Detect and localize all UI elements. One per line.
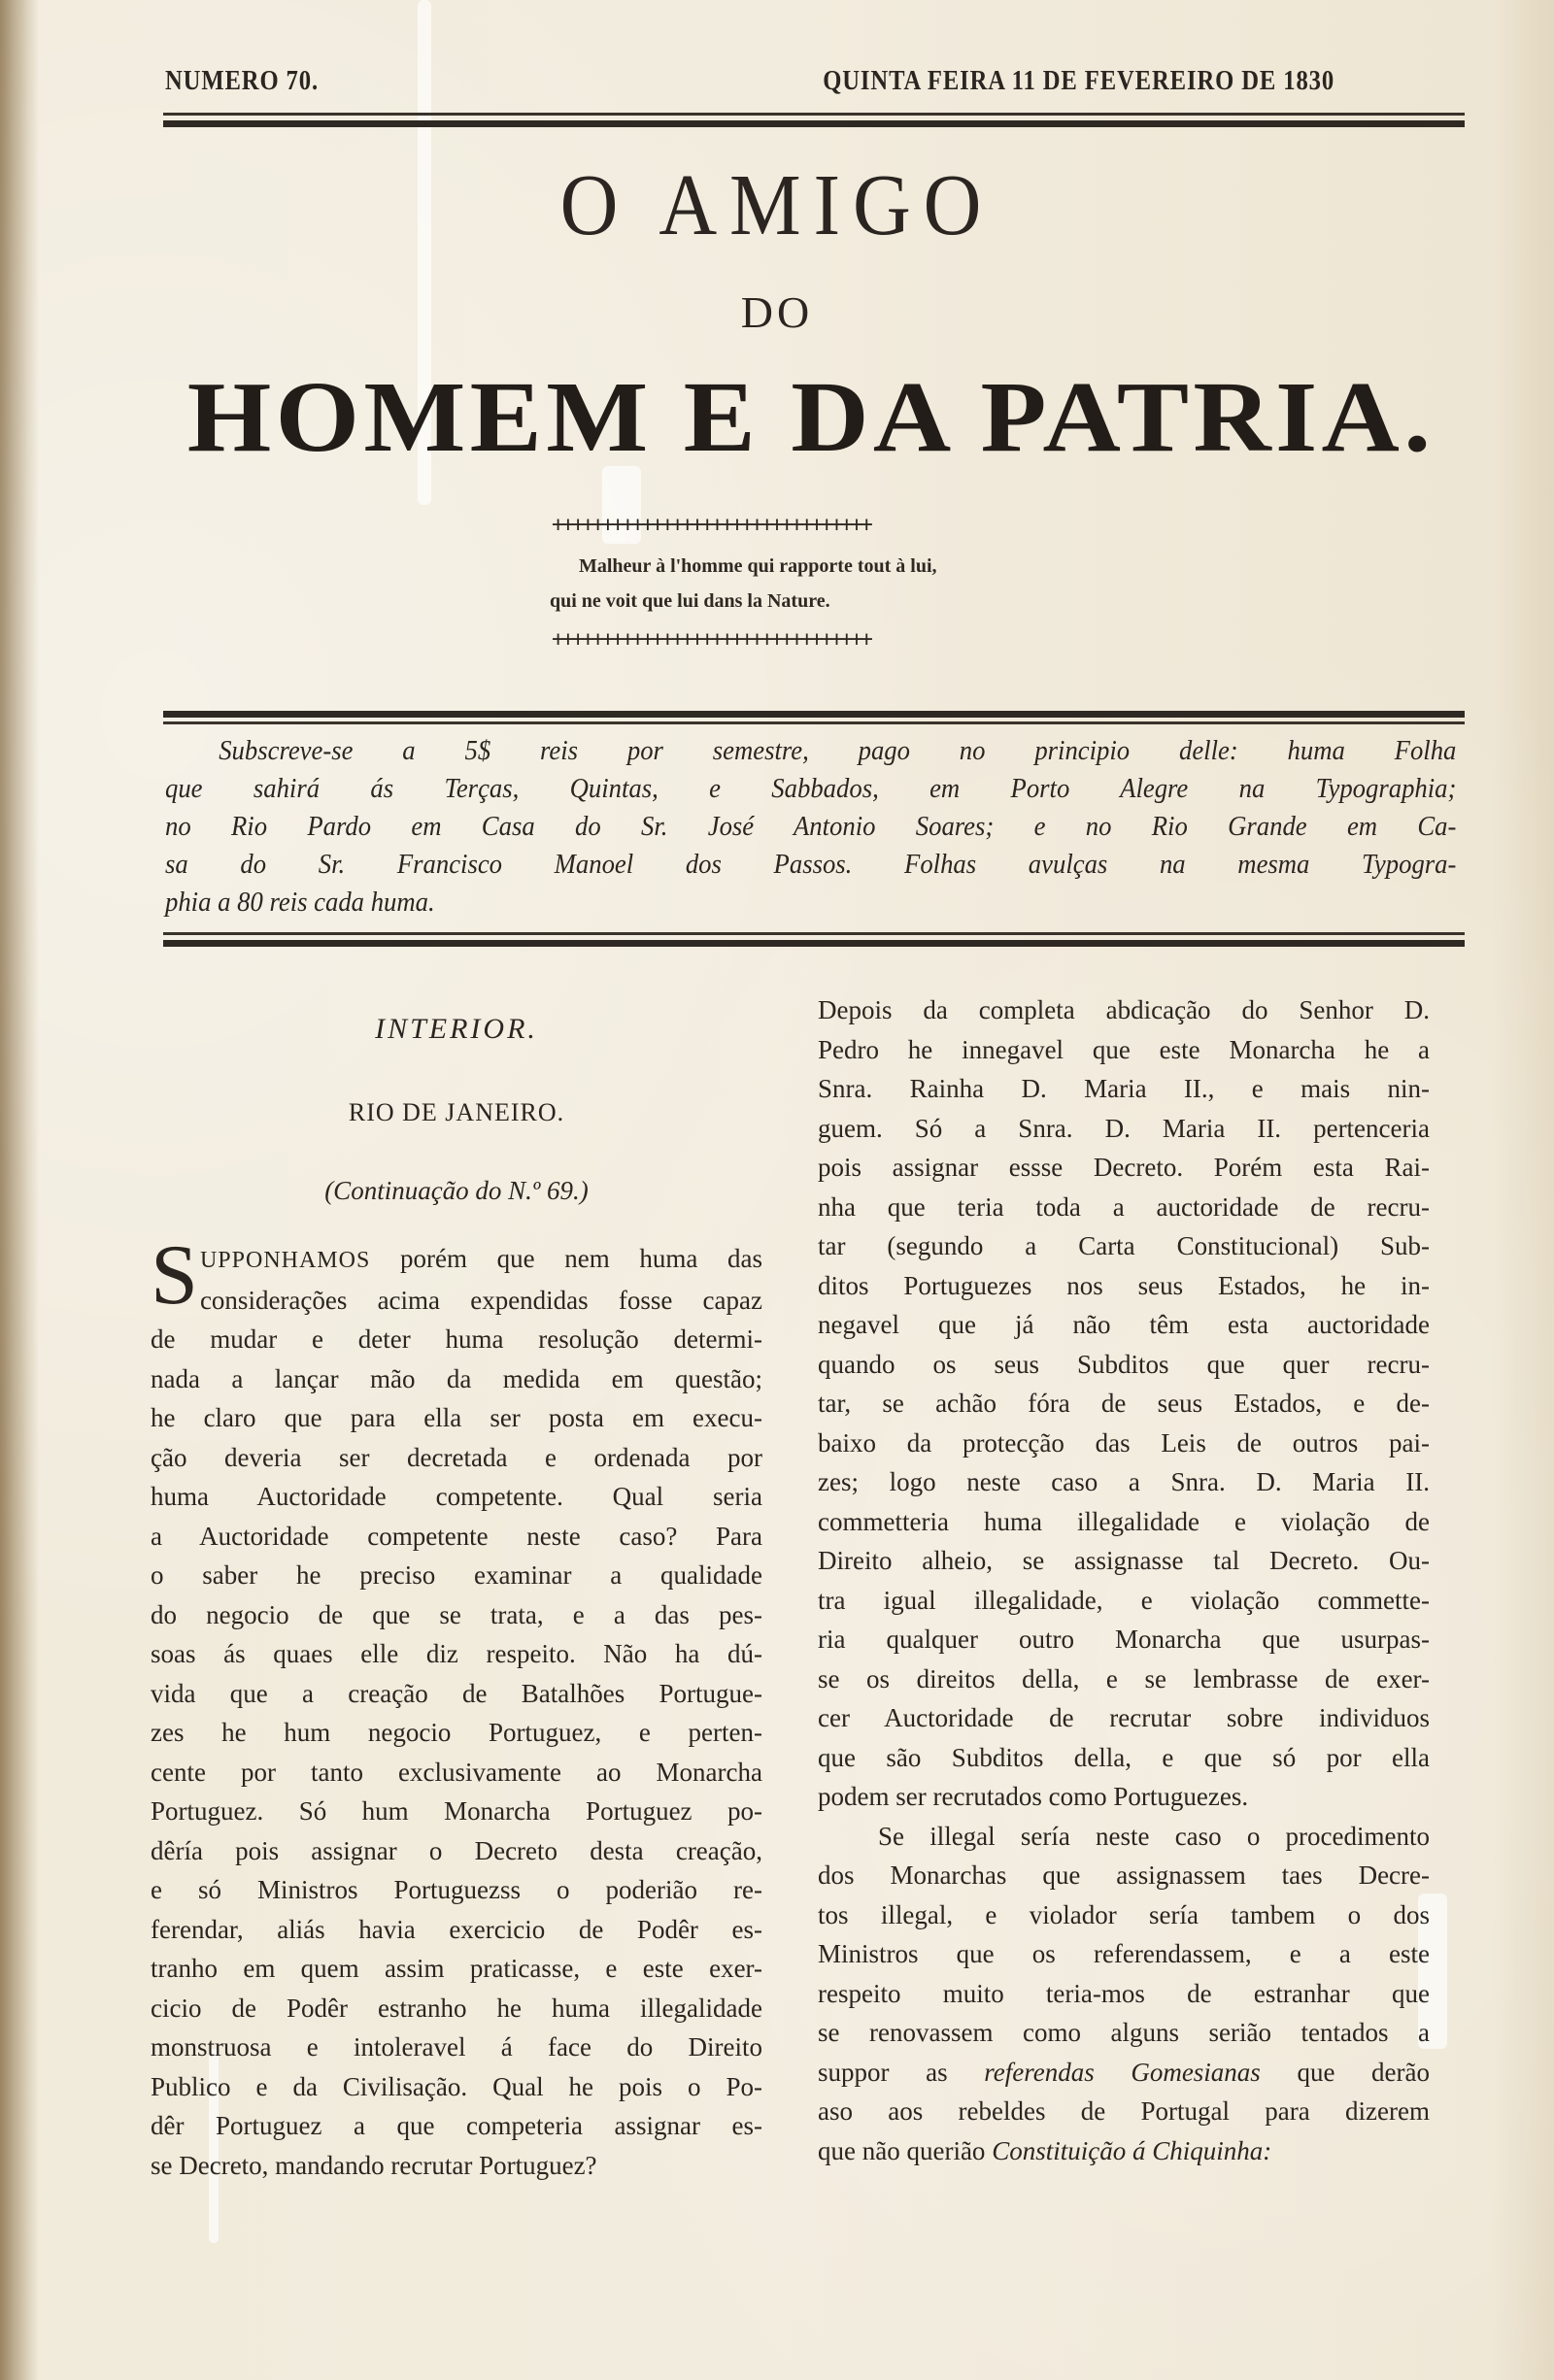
text-line: ria qualquer outro Monarcha que usurpas- [818,1620,1430,1659]
text-line: vida que a creação de Batalhões Portugue… [151,1674,762,1714]
article-rule-top [163,932,1465,947]
text-line: tar, se achão fóra de seus Estados, e de… [818,1384,1430,1424]
title-line-1: O AMIGO [62,155,1492,255]
dateline: RIO DE JANEIRO. [151,1093,762,1171]
text-line: cente por tanto exclusivamente ao Monarc… [151,1753,762,1793]
subscription-line: no Rio Pardo em Casa do Sr. José Antonio… [165,808,1456,846]
section-heading: INTERIOR. [151,1010,762,1088]
subscription-line: sa do Sr. Francisco Manoel dos Passos. F… [165,846,1456,884]
text-line: Portuguez. Só hum Monarcha Portuguez po- [151,1792,762,1831]
text-line: a Auctoridade competente neste caso? Par… [151,1517,762,1557]
text-line: ditos Portuguezes nos seus Estados, he i… [818,1266,1430,1306]
text-line: respeito muito teria-mos de estranhar qu… [818,1974,1430,2014]
text-line: commetteria huma illegalidade e violação… [818,1502,1430,1542]
text-line: se os direitos della, e se lembrasse de … [818,1659,1430,1699]
text-line: considerações acima expendidas fosse cap… [151,1281,762,1321]
text-line: Ministros que os referendassem, e a este [818,1934,1430,1974]
text-span: que não querião [818,2136,992,2165]
text-line: podem ser recrutados como Portuguezes. [818,1777,1430,1817]
text-line: dêría pois assignar o Decreto desta crea… [151,1831,762,1871]
text-line: tranho em quem assim praticasse, e este … [151,1949,762,1989]
text-line: monstruosa e intoleravel á face do Direi… [151,2028,762,2067]
subscription-line: Subscreve-se a 5$ reis por semestre, pag… [165,732,1456,770]
text-line: zes he hum negocio Portuguez, e perten- [151,1713,762,1753]
subscription-line: phia a 80 reis cada huma. [165,884,1456,922]
article-left-column: INTERIOR. RIO DE JANEIRO. (Continuação d… [151,990,762,2185]
article-paragraph: S UPPONHAMOS porém que nem huma das cons… [151,1239,762,2185]
text-line: o saber he preciso examinar a qualidade [151,1556,762,1595]
text-line: negavel que já não têm esta auctoridade [818,1305,1430,1345]
text-line: Snra. Rainha D. Maria II., e mais nin- [818,1069,1430,1109]
italic-phrase: Constituição á Chiquinha: [992,2136,1271,2165]
text-line: soas ás quaes elle diz respeito. Não ha … [151,1634,762,1674]
italic-phrase: referendas Gomesianas [984,2058,1261,2087]
subscription-line: que sahirá ás Terças, Quintas, e Sabbado… [165,770,1456,808]
text-line: zes; logo neste caso a Snra. D. Maria II… [818,1462,1430,1502]
text-line: tra igual illegalidade, e violação comme… [818,1581,1430,1621]
text-line: baixo da protecção das Leis de outros pa… [818,1424,1430,1463]
text-line: Depois da completa abdicação do Senhor D… [818,990,1430,1030]
text-line: tos illegal, e violador sería tambem o d… [818,1895,1430,1935]
text-line: he claro que para ella ser posta em exec… [151,1398,762,1438]
continuation-note: (Continuação do N.º 69.) [151,1171,762,1239]
text-line: Direito alheio, se assignasse tal Decret… [818,1541,1430,1581]
text-span: que derão [1261,2058,1430,2087]
text-line: Se illegal sería neste caso o procedimen… [818,1817,1430,1857]
issue-header: NUMERO 70. QUINTA FEIRA 11 DE FEVEREIRO … [165,66,1301,105]
text-line: cer Auctoridade de recrutar sobre indivi… [818,1698,1430,1738]
ornament-rule-top: ++++++++++++++++++++++++++++++++ [552,513,1057,537]
article-paragraph: Depois da completa abdicação do Senhor D… [818,990,1430,1817]
text-line: porém que nem huma das [370,1244,762,1273]
text-line: se renovassem como alguns serião tentado… [818,2013,1430,2053]
masthead-rule-top [163,113,1465,127]
article-paragraph: Se illegal sería neste caso o procedimen… [818,1817,1430,2171]
motto-line-1: Malheur à l'homme qui rapporte tout à lu… [550,549,1055,584]
opening-word: UPPONHAMOS [200,1248,370,1273]
text-line: dêr Portuguez a que competeria assignar … [151,2106,762,2146]
text-span: suppor as [818,2058,984,2087]
text-line: nada a lançar mão da medida em questão; [151,1359,762,1399]
text-line: Pedro he innegavel que este Monarcha he … [818,1030,1430,1070]
text-line: que são Subditos della, e que só por ell… [818,1738,1430,1778]
text-line: que não querião Constituição á Chiquinha… [818,2131,1430,2171]
issue-number: NUMERO 70. [165,66,319,105]
text-line: ção deveria ser decretada e ordenada por [151,1438,762,1478]
text-line: cicio de Podêr estranho he huma illegali… [151,1989,762,2028]
title-line-2: DO [0,286,1554,338]
issue-date: QUINTA FEIRA 11 DE FEVEREIRO DE 1830 [823,66,1334,105]
motto-line-2: qui ne voit que lui dans la Nature. [550,584,1055,619]
text-line: tar (segundo a Carta Constitucional) Sub… [818,1226,1430,1266]
text-line: quando os seus Subditos que quer recru- [818,1345,1430,1385]
text-line: dos Monarchas que assignassem taes Decre… [818,1856,1430,1895]
text-line: guem. Só a Snra. D. Maria II. pertenceri… [818,1109,1430,1149]
text-line: do negocio de que se trata, e a das pes- [151,1595,762,1635]
text-line: huma Auctoridade competente. Qual seria [151,1477,762,1517]
text-line: e só Ministros Portuguezss o poderião re… [151,1870,762,1910]
text-line: se Decreto, mandando recrutar Portuguez? [151,2146,762,2186]
text-line: suppor as referendas Gomesianas que derã… [818,2053,1430,2093]
text-line: ferendar, aliás havia exercicio de Podêr… [151,1910,762,1950]
text-line: nha que teria toda a auctoridade de recr… [818,1188,1430,1227]
text-line: pois assignar essse Decreto. Porém esta … [818,1148,1430,1188]
subscription-rule-top [163,711,1465,729]
article-right-column: Depois da completa abdicação do Senhor D… [818,990,1430,2170]
text-line: aso aos rebeldes de Portugal para dizere… [818,2092,1430,2131]
text-line: de mudar e deter huma resolução determi- [151,1320,762,1359]
title-line-3: HOMEM E DA PATRIA. [119,359,1502,475]
ornament-rule-bottom: ++++++++++++++++++++++++++++++++ [552,627,1057,652]
subscription-notice: Subscreve-se a 5$ reis por semestre, pag… [165,732,1456,922]
motto: Malheur à l'homme qui rapporte tout à lu… [550,549,1055,619]
drop-cap: S [151,1243,198,1309]
page-edge-stain [0,0,39,2380]
text-line: Publico e da Civilisação. Qual he pois o… [151,2067,762,2107]
